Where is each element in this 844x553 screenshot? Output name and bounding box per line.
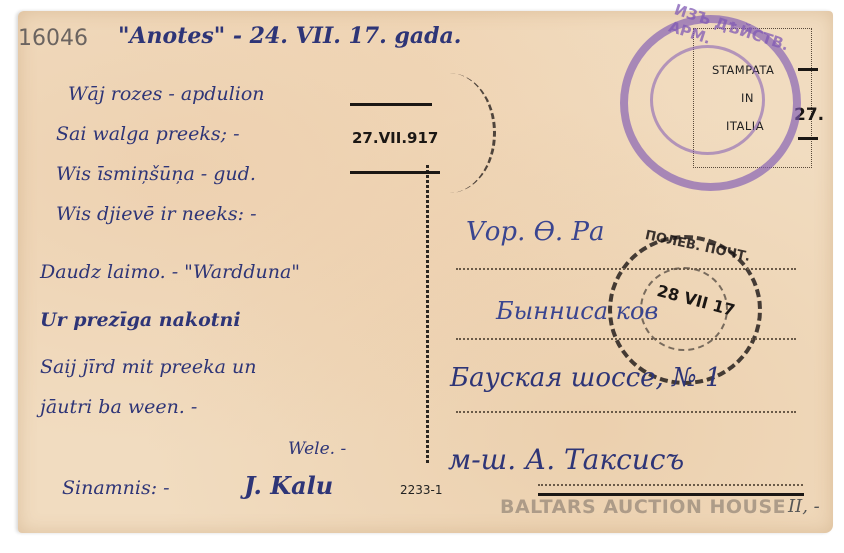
address-city: м-ш. А. Таксисъ [448, 443, 684, 476]
message-line: Sai walga preeks; - [56, 123, 240, 145]
message-line: Wis djievē ir neeks: - [56, 203, 257, 225]
print-code: 2233-1 [400, 483, 443, 497]
postcard-back: 16046 "Anotes" - 24. VII. 17. gada. Wāj … [18, 11, 833, 533]
address-line-2: Бынниса ков [496, 297, 658, 325]
violet-postmark-inner [650, 45, 765, 155]
message-line: Wāj rozes - apdulion [68, 83, 265, 105]
signature-label: Sinamnis: - [62, 477, 170, 499]
machine-cancel-arc [403, 73, 496, 193]
address-line [456, 411, 796, 413]
message-line: jāutri ba ween. - [40, 396, 197, 418]
signature: J. Kalu [244, 471, 333, 500]
address-line [456, 338, 796, 340]
center-divider [426, 165, 429, 465]
message-line: Saij jīrd mit preeka un [40, 356, 256, 378]
auction-watermark: BALTARS AUCTION HOUSE [500, 496, 786, 518]
address-street: Бауская шоссе, № 1 [450, 363, 722, 393]
inventory-number: 16046 [18, 26, 88, 51]
message-line: Wis īsmiņšūņa - gud. [56, 163, 256, 185]
header-line: "Anotes" - 24. VII. 17. gada. [118, 23, 461, 49]
message-line: Ur prezīga nakotni [40, 309, 241, 331]
address-line [538, 484, 803, 486]
closing: Wele. - [288, 439, 346, 459]
address-line [456, 268, 796, 270]
cancel-bar [798, 137, 818, 140]
message-line: Daudz laimo. - "Wardduna" [40, 261, 300, 283]
address-recipient: Vор. Ѳ. Ра [466, 217, 604, 247]
corner-mark: II, - [788, 496, 820, 517]
